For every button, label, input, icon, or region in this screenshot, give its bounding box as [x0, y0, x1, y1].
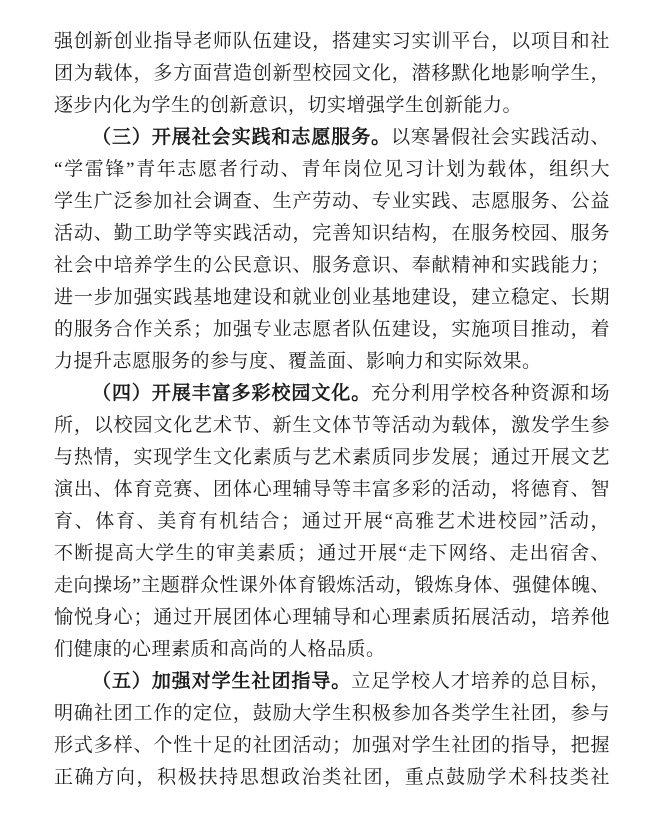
- section-heading: （五）加强对学生社团指导。: [92, 671, 351, 692]
- text-line: 们健康的心理素质和高尚的人格品质。: [54, 634, 610, 666]
- text-line: 愉悦身心；通过开展团体心理辅导和心理素质拓展活动，培养他: [54, 602, 610, 634]
- text-line: 走向操场”主题群众性课外体育锻炼活动，锻炼身体、强健体魄、: [54, 570, 610, 602]
- text-line: 学生广泛参加社会调查、生产劳动、专业实践、志愿服务、公益: [54, 186, 610, 218]
- text-line: 团为载体，多方面营造创新型校园文化，潜移默化地影响学生，: [54, 58, 610, 90]
- line-text: 力提升志愿服务的参与度、覆盖面、影响力和实际效果。: [54, 351, 542, 372]
- line-text: 学生广泛参加社会调查、生产劳动、专业实践、志愿服务、公益: [54, 191, 610, 212]
- line-text: 进一步加强实践基地建设和就业创业基地建设，建立稳定、长期: [54, 287, 610, 308]
- line-text: 充分利用学校各种资源和场: [371, 383, 610, 404]
- text-line-section-3: （三）开展社会实践和志愿服务。以寒暑假社会实践活动、: [54, 122, 610, 154]
- line-text: 逐步内化为学生的创新意识，切实增强学生创新能力。: [54, 95, 522, 116]
- text-line: 演出、体育竞赛、团体心理辅导等丰富多彩的活动，将德育、智: [54, 474, 610, 506]
- text-line-section-5: （五）加强对学生社团指导。立足学校人才培养的总目标，: [54, 666, 610, 698]
- line-text: 强创新创业指导老师队伍建设，搭建实习实训平台，以项目和社: [54, 31, 610, 52]
- text-line: 正确方向，积极扶持思想政治类社团，重点鼓励学术科技类社团，: [54, 762, 610, 794]
- line-text: 育、体育、美育有机结合；通过开展“高雅艺术进校园”活动，: [54, 511, 610, 532]
- section-heading: （四）开展丰富多彩校园文化。: [92, 383, 371, 404]
- line-text: 形式多样、个性十足的社团活动；加强对学生社团的指导，把握: [54, 735, 610, 756]
- line-text: 以寒暑假社会实践活动、: [391, 127, 610, 148]
- text-line: 与热情，实现学生文化素质与艺术素质同步发展；通过开展文艺: [54, 442, 610, 474]
- text-line: 活动、勤工助学等实践活动，完善知识结构，在服务校园、服务: [54, 218, 610, 250]
- line-text: 不断提高大学生的审美素质；通过开展“走下网络、走出宿舍、: [54, 543, 610, 564]
- text-line: 明确社团工作的定位，鼓励大学生积极参加各类学生社团，参与: [54, 698, 610, 730]
- line-text: 们健康的心理素质和高尚的人格品质。: [54, 639, 386, 660]
- line-text: “学雷锋”青年志愿者行动、青年岗位见习计划为载体，组织大: [54, 159, 610, 180]
- line-text: 愉悦身心；通过开展团体心理辅导和心理素质拓展活动，培养他: [54, 607, 610, 628]
- text-line: 不断提高大学生的审美素质；通过开展“走下网络、走出宿舍、: [54, 538, 610, 570]
- text-line-section-4: （四）开展丰富多彩校园文化。充分利用学校各种资源和场: [54, 378, 610, 410]
- text-line: 社会中培养学生的公民意识、服务意识、奉献精神和实践能力；: [54, 250, 610, 282]
- line-text: 所，以校园文化艺术节、新生文体节等活动为载体，激发学生参: [54, 415, 610, 436]
- line-text: 走向操场”主题群众性课外体育锻炼活动，锻炼身体、强健体魄、: [54, 575, 610, 596]
- text-line: 逐步内化为学生的创新意识，切实增强学生创新能力。: [54, 90, 610, 122]
- line-text: 的服务合作关系；加强专业志愿者队伍建设，实施项目推动，着: [54, 319, 610, 340]
- line-text: 活动、勤工助学等实践活动，完善知识结构，在服务校园、服务: [54, 223, 610, 244]
- line-text: 立足学校人才培养的总目标，: [351, 671, 610, 692]
- document-page: 强创新创业指导老师队伍建设，搭建实习实训平台，以项目和社 团为载体，多方面营造创…: [0, 0, 652, 825]
- text-line: 育、体育、美育有机结合；通过开展“高雅艺术进校园”活动，: [54, 506, 610, 538]
- line-text: 与热情，实现学生文化素质与艺术素质同步发展；通过开展文艺: [54, 447, 610, 468]
- text-line: “学雷锋”青年志愿者行动、青年岗位见习计划为载体，组织大: [54, 154, 610, 186]
- text-line: 力提升志愿服务的参与度、覆盖面、影响力和实际效果。: [54, 346, 610, 378]
- text-line: 所，以校园文化艺术节、新生文体节等活动为载体，激发学生参: [54, 410, 610, 442]
- line-text: 明确社团工作的定位，鼓励大学生积极参加各类学生社团，参与: [54, 703, 610, 724]
- text-line: 强创新创业指导老师队伍建设，搭建实习实训平台，以项目和社: [54, 26, 610, 58]
- text-line: 进一步加强实践基地建设和就业创业基地建设，建立稳定、长期: [54, 282, 610, 314]
- line-text: 演出、体育竞赛、团体心理辅导等丰富多彩的活动，将德育、智: [54, 479, 610, 500]
- section-heading: （三）开展社会实践和志愿服务。: [92, 127, 391, 148]
- line-text: 社会中培养学生的公民意识、服务意识、奉献精神和实践能力；: [54, 255, 610, 276]
- line-text: 正确方向，积极扶持思想政治类社团，重点鼓励学术科技类社团，: [54, 767, 610, 794]
- text-line: 的服务合作关系；加强专业志愿者队伍建设，实施项目推动，着: [54, 314, 610, 346]
- text-line: 形式多样、个性十足的社团活动；加强对学生社团的指导，把握: [54, 730, 610, 762]
- line-text: 团为载体，多方面营造创新型校园文化，潜移默化地影响学生，: [54, 63, 610, 84]
